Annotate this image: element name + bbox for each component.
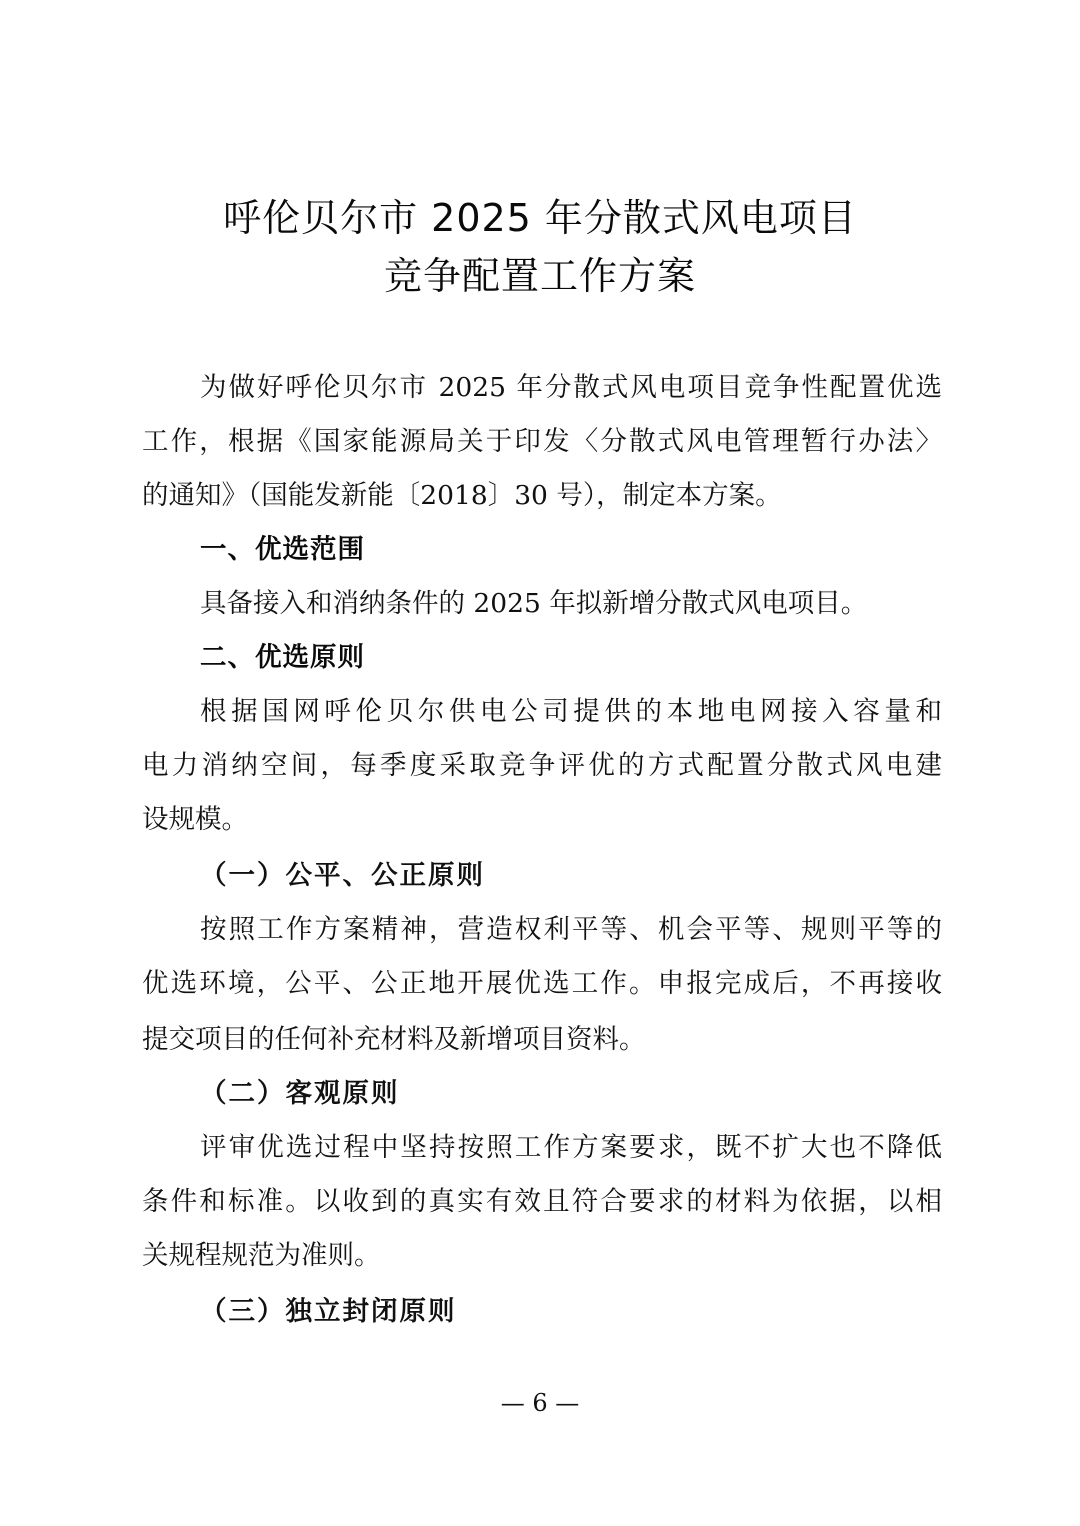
fairness-paragraph-line: 提交项目的任何补充材料及新增项目资料。 bbox=[142, 1022, 942, 1058]
section-heading-scope: 一、优选范围 bbox=[200, 532, 365, 568]
document-page: 呼伦贝尔市 2025 年分散式风电项目 竞争配置工作方案 为做好呼伦贝尔市 20… bbox=[0, 0, 1080, 1526]
fairness-paragraph-line: 优选环境，公平、公正地开展优选工作。申报完成后，不再接收 bbox=[142, 966, 942, 1002]
principles-paragraph-line: 根据国网呼伦贝尔供电公司提供的本地电网接入容量和 bbox=[200, 694, 942, 730]
document-title-line-1: 呼伦贝尔市 2025 年分散式风电项目 bbox=[0, 196, 1080, 240]
section-heading-principles: 二、优选原则 bbox=[200, 640, 365, 676]
subsection-heading-fairness: （一）公平、公正原则 bbox=[200, 858, 485, 894]
intro-paragraph-line: 工作，根据《国家能源局关于印发〈分散式风电管理暂行办法〉 bbox=[142, 424, 942, 460]
objectivity-paragraph-line: 关规程规范为准则。 bbox=[142, 1238, 942, 1274]
principles-paragraph-line: 设规模。 bbox=[142, 802, 942, 838]
subsection-heading-objectivity: （二）客观原则 bbox=[200, 1076, 400, 1112]
scope-paragraph-line: 具备接入和消纳条件的 2025 年拟新增分散式风电项目。 bbox=[200, 586, 942, 622]
principles-paragraph-line: 电力消纳空间，每季度采取竞争评优的方式配置分散式风电建 bbox=[142, 748, 942, 784]
page-number: — 6 — bbox=[0, 1388, 1080, 1418]
objectivity-paragraph-line: 条件和标准。以收到的真实有效且符合要求的材料为依据，以相 bbox=[142, 1184, 942, 1220]
intro-paragraph-line: 为做好呼伦贝尔市 2025 年分散式风电项目竞争性配置优选 bbox=[200, 370, 942, 406]
fairness-paragraph-line: 按照工作方案精神，营造权利平等、机会平等、规则平等的 bbox=[200, 912, 942, 948]
document-title-line-2: 竞争配置工作方案 bbox=[0, 254, 1080, 298]
intro-paragraph-line: 的通知》（国能发新能〔2018〕30 号），制定本方案。 bbox=[142, 478, 942, 514]
objectivity-paragraph-line: 评审优选过程中坚持按照工作方案要求，既不扩大也不降低 bbox=[200, 1130, 942, 1166]
subsection-heading-independence: （三）独立封闭原则 bbox=[200, 1294, 457, 1330]
